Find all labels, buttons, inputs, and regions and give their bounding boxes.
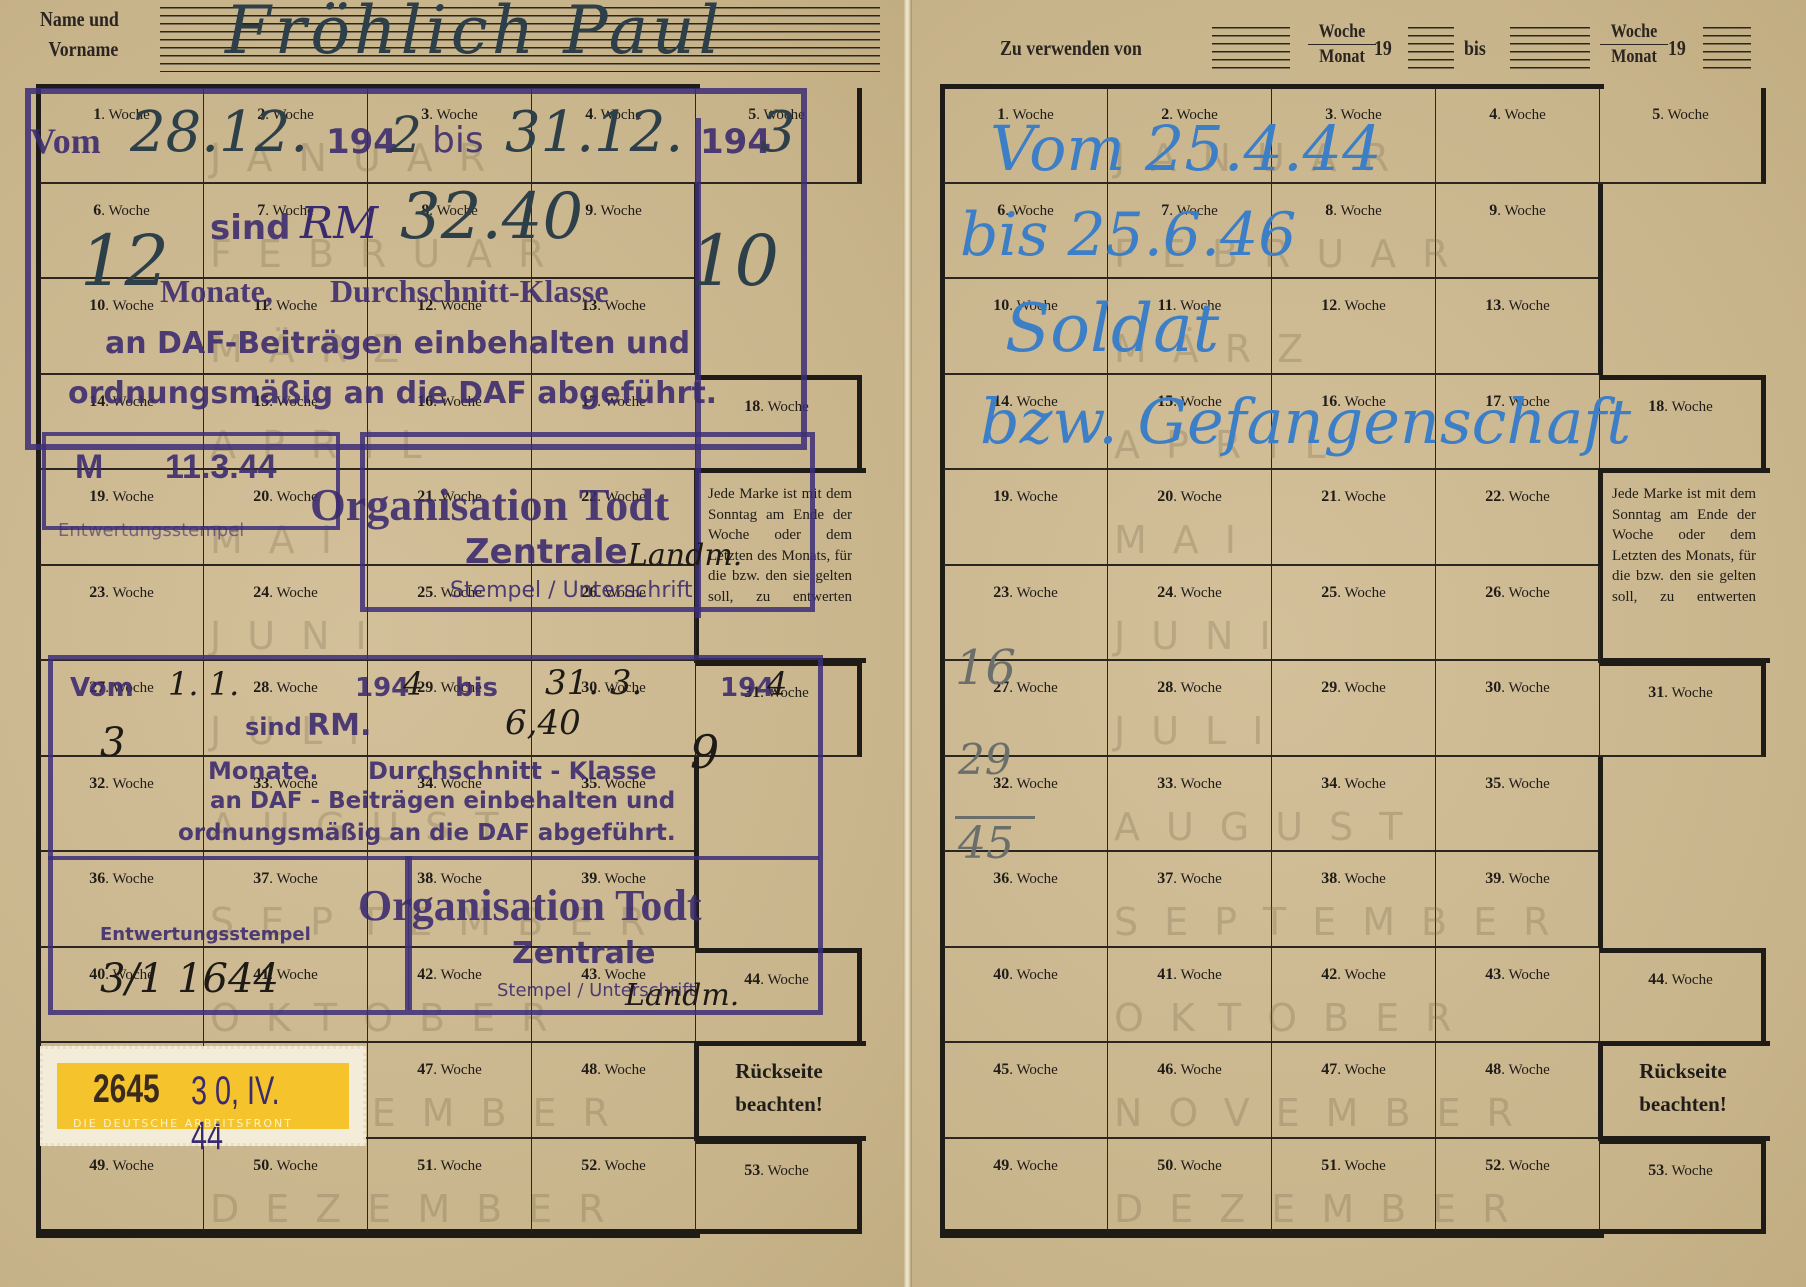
stamp1-year2: 194 — [700, 122, 771, 162]
week-suffix: . Woche — [1664, 1163, 1713, 1179]
week-cell[interactable]: 13. Woche — [1436, 279, 1600, 375]
week-suffix: . Woche — [760, 1163, 809, 1179]
cancellation-note: Jede Marke ist mit dem Sonntag am Ende d… — [1612, 484, 1756, 607]
monat-label: Monat — [1600, 45, 1668, 69]
week-suffix: . Woche — [1173, 489, 1222, 505]
week-suffix: . Woche — [1009, 967, 1058, 983]
back-note-line1: Rückseite — [1600, 1055, 1766, 1088]
week-label: 30. Woche — [1436, 679, 1599, 697]
week-cell[interactable]: 32. Woche — [944, 757, 1108, 853]
week-number: 28 — [1157, 679, 1173, 696]
week-suffix: . Woche — [1009, 489, 1058, 505]
week-label: 39. Woche — [1436, 870, 1599, 888]
week-suffix: . Woche — [1009, 871, 1058, 887]
week-label: 29. Woche — [1272, 679, 1435, 697]
week-number: 50 — [253, 1157, 269, 1174]
week-label: 49. Woche — [944, 1157, 1107, 1175]
week-label: 47. Woche — [1272, 1061, 1435, 1079]
stamp2-klasse: Durchschnitt - Klasse — [368, 757, 657, 785]
week-number: 41 — [1157, 966, 1173, 983]
week-label: 38. Woche — [1272, 870, 1435, 888]
week-cell[interactable]: 26. Woche — [1436, 566, 1600, 662]
week-suffix: . Woche — [1337, 680, 1386, 696]
week-suffix: . Woche — [1337, 871, 1386, 887]
to-week-month-label: Woche Monat — [1600, 20, 1668, 69]
week-cell[interactable]: 40. Woche — [944, 948, 1108, 1044]
week-label: 22. Woche — [1436, 488, 1599, 506]
week-label: 40. Woche — [944, 966, 1107, 984]
week-number: 14 — [993, 393, 1009, 410]
week-number: 49 — [993, 1157, 1009, 1174]
week-number: 40 — [993, 966, 1009, 983]
stamp2-monate: Monate. — [208, 757, 319, 785]
stamp2-org-zentrale: Zentrale — [512, 936, 655, 971]
week-number: 48 — [581, 1061, 597, 1078]
week-cell[interactable]: 49. Woche — [40, 1139, 204, 1235]
stamp1-line3: an DAF-Beiträgen einbehalten und — [105, 326, 690, 361]
week-label: 18. Woche — [1600, 398, 1761, 416]
week-suffix: . Woche — [1664, 972, 1713, 988]
week-suffix: . Woche — [1337, 394, 1386, 410]
week-suffix: . Woche — [1501, 967, 1550, 983]
week-number: 20 — [1157, 488, 1173, 505]
week-number: 35 — [1485, 775, 1501, 792]
week-number: 21 — [1321, 488, 1337, 505]
week-label: 3. Woche — [1272, 106, 1435, 124]
week-number: 26 — [1485, 584, 1501, 601]
week-number: 32 — [993, 775, 1009, 792]
stamp2-entwertung: Entwertungsstempel — [100, 924, 311, 945]
week-suffix: . Woche — [1333, 203, 1382, 219]
stamp2-line3: an DAF - Beiträgen einbehalten und — [210, 788, 675, 814]
from-year-prefix: 19 — [1374, 33, 1392, 63]
week-label: 4. Woche — [1436, 106, 1599, 124]
week-number: 23 — [993, 584, 1009, 601]
week-number: 25 — [1321, 584, 1337, 601]
week-label: 35. Woche — [1436, 775, 1599, 793]
week-number: 22 — [1485, 488, 1501, 505]
week-suffix: . Woche — [1337, 585, 1386, 601]
stamp2-bis: bis — [455, 673, 498, 703]
week-cell[interactable]: 6. Woche — [944, 184, 1108, 280]
stamp2-vom: Vom — [70, 673, 134, 703]
week-label: 24. Woche — [204, 584, 367, 602]
month-watermark: NOVEMBER — [1114, 1091, 1539, 1135]
week-number: 38 — [1321, 870, 1337, 887]
week-label: 2. Woche — [1108, 106, 1271, 124]
from-week-field[interactable] — [1212, 22, 1290, 74]
stamp1-date: 11.3.44 — [165, 448, 277, 487]
stamp1-vom: Vom — [30, 120, 101, 162]
from-year-field[interactable] — [1408, 22, 1454, 74]
week-suffix: . Woche — [105, 1158, 154, 1174]
stamp1-entwertung: Entwertungsstempel — [58, 520, 244, 541]
week-label: 28. Woche — [1108, 679, 1271, 697]
monat-label: Monat — [1308, 45, 1376, 69]
week-number: 30 — [1485, 679, 1501, 696]
week-cell[interactable]: 17. Woche — [1436, 375, 1600, 471]
week-cell[interactable]: 53. Woche — [1600, 1139, 1766, 1235]
week-suffix: . Woche — [1169, 107, 1218, 123]
back-note-line2: beachten! — [1600, 1088, 1766, 1121]
week-label: 33. Woche — [1108, 775, 1271, 793]
week-label: 31. Woche — [1600, 684, 1761, 702]
week-cell[interactable]: 23. Woche — [40, 566, 204, 662]
week-suffix: . Woche — [1005, 107, 1054, 123]
week-suffix: . Woche — [1497, 203, 1546, 219]
pencil-calc-line — [955, 816, 1035, 819]
daf-stamp-overprint: 3 0, IV. 44 — [191, 1069, 315, 1159]
week-suffix: . Woche — [1501, 1062, 1550, 1078]
week-cell[interactable]: 19. Woche — [944, 470, 1108, 566]
week-suffix: . Woche — [1009, 1062, 1058, 1078]
week-number: 48 — [1485, 1061, 1501, 1078]
week-number: 47 — [1321, 1061, 1337, 1078]
month-watermark: JUNI — [1114, 614, 1297, 658]
week-number: 49 — [89, 1157, 105, 1174]
week-label: 24. Woche — [1108, 584, 1271, 602]
month-watermark: MÄRZ — [1114, 327, 1329, 371]
week-suffix: . Woche — [1501, 489, 1550, 505]
week-suffix: . Woche — [269, 585, 318, 601]
week-suffix: . Woche — [433, 1158, 482, 1174]
week-suffix: . Woche — [1501, 298, 1550, 314]
week-label: 20. Woche — [1108, 488, 1271, 506]
week-cell[interactable]: 49. Woche — [944, 1139, 1108, 1235]
stamp2-rm: RM. — [307, 708, 371, 743]
back-note-line2: beachten! — [696, 1088, 862, 1121]
week-cell[interactable]: 35. Woche — [1436, 757, 1600, 853]
week-suffix: . Woche — [597, 1062, 646, 1078]
week-number: 31 — [1648, 684, 1664, 701]
week-suffix: . Woche — [1173, 967, 1222, 983]
week-label: 17. Woche — [1436, 393, 1599, 411]
week-number: 17 — [1485, 393, 1501, 410]
week-label: 51. Woche — [368, 1157, 531, 1175]
week-label: 7. Woche — [1108, 202, 1271, 220]
week-suffix: . Woche — [1173, 680, 1222, 696]
week-suffix: . Woche — [433, 1062, 482, 1078]
week-number: 46 — [1157, 1061, 1173, 1078]
week-suffix: . Woche — [1173, 1062, 1222, 1078]
week-cell[interactable]: 18. Woche — [1600, 375, 1766, 471]
week-number: 39 — [1485, 870, 1501, 887]
week-label: 21. Woche — [1272, 488, 1435, 506]
week-suffix: . Woche — [1173, 298, 1222, 314]
week-number: 10 — [993, 297, 1009, 314]
week-cell[interactable]: 53. Woche — [696, 1139, 862, 1235]
week-label: 37. Woche — [1108, 870, 1271, 888]
week-label: 25. Woche — [1272, 584, 1435, 602]
week-cell[interactable]: 45. Woche — [944, 1043, 1108, 1139]
week-suffix: . Woche — [1660, 107, 1709, 123]
week-number: 24 — [1157, 584, 1173, 601]
week-cell[interactable]: 23. Woche — [944, 566, 1108, 662]
week-label: 48. Woche — [532, 1061, 695, 1079]
week-suffix: . Woche — [1333, 107, 1382, 123]
week-label: 50. Woche — [204, 1157, 367, 1175]
month-watermark: SEPTEMBER — [1114, 900, 1576, 944]
empty-notch — [1598, 279, 1603, 375]
week-label: 52. Woche — [1436, 1157, 1599, 1175]
week-suffix: . Woche — [1337, 489, 1386, 505]
week-label: 19. Woche — [944, 488, 1107, 506]
week-suffix: . Woche — [1009, 585, 1058, 601]
week-suffix: . Woche — [1664, 685, 1713, 701]
stamp2-year2: 194 — [720, 673, 774, 703]
week-label: 5. Woche — [1600, 106, 1761, 124]
week-cell[interactable]: 29. Woche — [1272, 661, 1436, 757]
week-suffix: . Woche — [1009, 680, 1058, 696]
week-label: 34. Woche — [1272, 775, 1435, 793]
month-watermark: APRIL — [1114, 423, 1352, 467]
week-label: 46. Woche — [1108, 1061, 1271, 1079]
week-label: 52. Woche — [532, 1157, 695, 1175]
stamp1-klasse: Durchschnitt-Klasse — [330, 273, 609, 310]
empty-notch — [1598, 852, 1603, 948]
week-number: 51 — [417, 1157, 433, 1174]
week-suffix: . Woche — [1009, 298, 1058, 314]
week-label: 10. Woche — [944, 297, 1107, 315]
week-cell[interactable]: 5. Woche — [1600, 88, 1766, 184]
week-number: 24 — [253, 584, 269, 601]
month-watermark: JUNI — [210, 614, 393, 658]
week-label: 53. Woche — [1600, 1162, 1761, 1180]
week-cell[interactable]: 27. Woche — [944, 661, 1108, 757]
stamp1-bis: bis — [432, 120, 484, 161]
week-number: 19 — [993, 488, 1009, 505]
week-number: 53 — [1648, 1162, 1664, 1179]
name-label: Name und Vorname — [40, 4, 119, 64]
week-number: 12 — [1321, 297, 1337, 314]
week-label: 32. Woche — [944, 775, 1107, 793]
week-number: 36 — [993, 870, 1009, 887]
back-note: Rückseitebeachten! — [1600, 1055, 1766, 1121]
week-number: 51 — [1321, 1157, 1337, 1174]
week-cell[interactable]: 36. Woche — [944, 852, 1108, 948]
stamp1-org-name: Organisation Todt — [310, 478, 669, 531]
week-suffix: . Woche — [1501, 871, 1550, 887]
week-number: 34 — [1321, 775, 1337, 792]
stamp2-line4: ordnungsmäßig an die DAF abgeführt. — [178, 820, 676, 846]
stamp1-year1: 194 — [326, 122, 397, 162]
week-label: 42. Woche — [1272, 966, 1435, 984]
week-label: 23. Woche — [40, 584, 203, 602]
week-suffix: . Woche — [1009, 1158, 1058, 1174]
week-label: 47. Woche — [368, 1061, 531, 1079]
week-suffix: . Woche — [1173, 776, 1222, 792]
week-number: 15 — [1157, 393, 1173, 410]
week-cell[interactable]: 10. Woche — [944, 279, 1108, 375]
week-label: 14. Woche — [944, 393, 1107, 411]
month-watermark: AUGUST — [1114, 805, 1428, 849]
week-suffix: . Woche — [1501, 1158, 1550, 1174]
month-watermark: FEBRUAR — [1114, 232, 1475, 276]
back-note: Rückseitebeachten! — [696, 1055, 862, 1121]
stamp1-org-sign-label: Stempel / Unterschrift — [450, 578, 692, 603]
week-number: 47 — [417, 1061, 433, 1078]
week-label: 48. Woche — [1436, 1061, 1599, 1079]
week-suffix: . Woche — [1173, 585, 1222, 601]
page-fold — [903, 0, 912, 1287]
week-number: 23 — [89, 584, 105, 601]
week-number: 52 — [1485, 1157, 1501, 1174]
week-suffix: . Woche — [1501, 776, 1550, 792]
week-suffix: . Woche — [1337, 1158, 1386, 1174]
week-suffix: . Woche — [1005, 203, 1054, 219]
week-cell[interactable]: 1. Woche — [944, 88, 1108, 184]
month-watermark: JULI — [1114, 709, 1289, 753]
week-suffix: . Woche — [269, 1158, 318, 1174]
week-label: 11. Woche — [1108, 297, 1271, 315]
week-label: 49. Woche — [40, 1157, 203, 1175]
stamp1-monate: Monate, — [160, 273, 273, 310]
week-label: 44. Woche — [1600, 971, 1761, 989]
week-cell[interactable]: 44. Woche — [1600, 948, 1766, 1044]
week-label: 51. Woche — [1272, 1157, 1435, 1175]
week-suffix: . Woche — [1173, 871, 1222, 887]
week-label: 27. Woche — [944, 679, 1107, 697]
daf-stamp-footer: DIE DEUTSCHE ARBEITSFRONT — [73, 1117, 293, 1130]
week-suffix: . Woche — [1337, 776, 1386, 792]
week-label: 9. Woche — [1436, 202, 1599, 220]
week-label: 23. Woche — [944, 584, 1107, 602]
empty-notch — [1598, 757, 1603, 853]
name-ruled-field[interactable] — [160, 2, 880, 72]
week-label: 16. Woche — [1272, 393, 1435, 411]
week-label: 53. Woche — [696, 1162, 857, 1180]
validity-label: Zu verwenden von — [1000, 33, 1142, 63]
week-label: 50. Woche — [1108, 1157, 1271, 1175]
bis-label: bis — [1464, 33, 1486, 63]
week-number: 18 — [1648, 398, 1664, 415]
week-suffix: . Woche — [1173, 394, 1222, 410]
week-number: 45 — [993, 1061, 1009, 1078]
week-cell[interactable]: 22. Woche — [1436, 470, 1600, 566]
week-suffix: . Woche — [1501, 680, 1550, 696]
week-label: 6. Woche — [944, 202, 1107, 220]
week-label: 1. Woche — [944, 106, 1107, 124]
month-watermark: JANUAR — [1114, 136, 1415, 180]
week-suffix: . Woche — [1009, 394, 1058, 410]
stamp2-org-sign-label: Stempel / Unterschrift — [497, 980, 695, 1001]
week-number: 33 — [1157, 775, 1173, 792]
week-suffix: . Woche — [105, 585, 154, 601]
week-number: 42 — [1321, 966, 1337, 983]
week-number: 16 — [1321, 393, 1337, 410]
week-suffix: . Woche — [1501, 394, 1550, 410]
week-suffix: . Woche — [1501, 585, 1550, 601]
week-number: 11 — [1158, 297, 1173, 314]
to-year-field[interactable] — [1703, 22, 1751, 74]
week-suffix: . Woche — [1337, 298, 1386, 314]
week-suffix: . Woche — [1009, 776, 1058, 792]
month-watermark: DEZEMBER — [210, 1187, 631, 1231]
daf-contribution-stamp: 2645 3 0, IV. 44 DIE DEUTSCHE ARBEITSFRO… — [40, 1046, 366, 1146]
week-cell[interactable]: 4. Woche — [1436, 88, 1600, 184]
week-number: 43 — [1485, 966, 1501, 983]
week-number: 37 — [1157, 870, 1173, 887]
empty-notch — [1598, 184, 1603, 280]
week-label: 26. Woche — [1436, 584, 1599, 602]
week-cell[interactable]: 21. Woche — [1272, 470, 1436, 566]
week-number: 13 — [1485, 297, 1501, 314]
stamp1-date-prefix: M — [75, 448, 103, 487]
stamp2-year1: 194 — [355, 673, 409, 703]
week-cell[interactable]: 31. Woche — [1600, 661, 1766, 757]
week-suffix: . Woche — [1169, 203, 1218, 219]
week-label: 43. Woche — [1436, 966, 1599, 984]
week-label: 45. Woche — [944, 1061, 1107, 1079]
week-number: 52 — [581, 1157, 597, 1174]
month-watermark: OKTOBER — [1114, 996, 1477, 1040]
week-label: 8. Woche — [1272, 202, 1435, 220]
week-label: 36. Woche — [944, 870, 1107, 888]
week-label: 41. Woche — [1108, 966, 1271, 984]
month-watermark: DEZEMBER — [1114, 1187, 1535, 1231]
from-week-month-label: Woche Monat — [1308, 20, 1376, 69]
stamp2-org-name: Organisation Todt — [358, 880, 702, 931]
month-watermark: MAI — [1114, 518, 1262, 562]
week-label: 15. Woche — [1108, 393, 1271, 411]
week-suffix: . Woche — [1337, 967, 1386, 983]
week-number: 44 — [1648, 971, 1664, 988]
week-label: 12. Woche — [1272, 297, 1435, 315]
week-suffix: . Woche — [1497, 107, 1546, 123]
to-week-field[interactable] — [1510, 22, 1590, 74]
week-number: 27 — [993, 679, 1009, 696]
stamp2-sind: sind — [245, 713, 302, 741]
woche-label: Woche — [1308, 20, 1376, 45]
week-suffix: . Woche — [1664, 399, 1713, 415]
woche-label: Woche — [1600, 20, 1668, 45]
stamp1-sind: sind — [210, 208, 290, 248]
stamp1-line4: ordnungsmäßig an die DAF abgeführt. — [68, 376, 717, 411]
week-cell[interactable]: 14. Woche — [944, 375, 1108, 471]
week-number: 29 — [1321, 679, 1337, 696]
name-label-line2: Vorname — [40, 34, 119, 64]
week-label: 13. Woche — [1436, 297, 1599, 315]
to-year-prefix: 19 — [1668, 33, 1686, 63]
week-suffix: . Woche — [597, 1158, 646, 1174]
week-cell[interactable]: 30. Woche — [1436, 661, 1600, 757]
week-number: 53 — [744, 1162, 760, 1179]
week-number: 50 — [1157, 1157, 1173, 1174]
name-label-line1: Name und — [40, 4, 119, 34]
daf-stamp-number: 2645 — [93, 1067, 160, 1112]
week-suffix: . Woche — [1173, 1158, 1222, 1174]
back-note-line1: Rückseite — [696, 1055, 862, 1088]
stamp1-org-zentrale: Zentrale — [465, 532, 628, 572]
week-suffix: . Woche — [1337, 1062, 1386, 1078]
